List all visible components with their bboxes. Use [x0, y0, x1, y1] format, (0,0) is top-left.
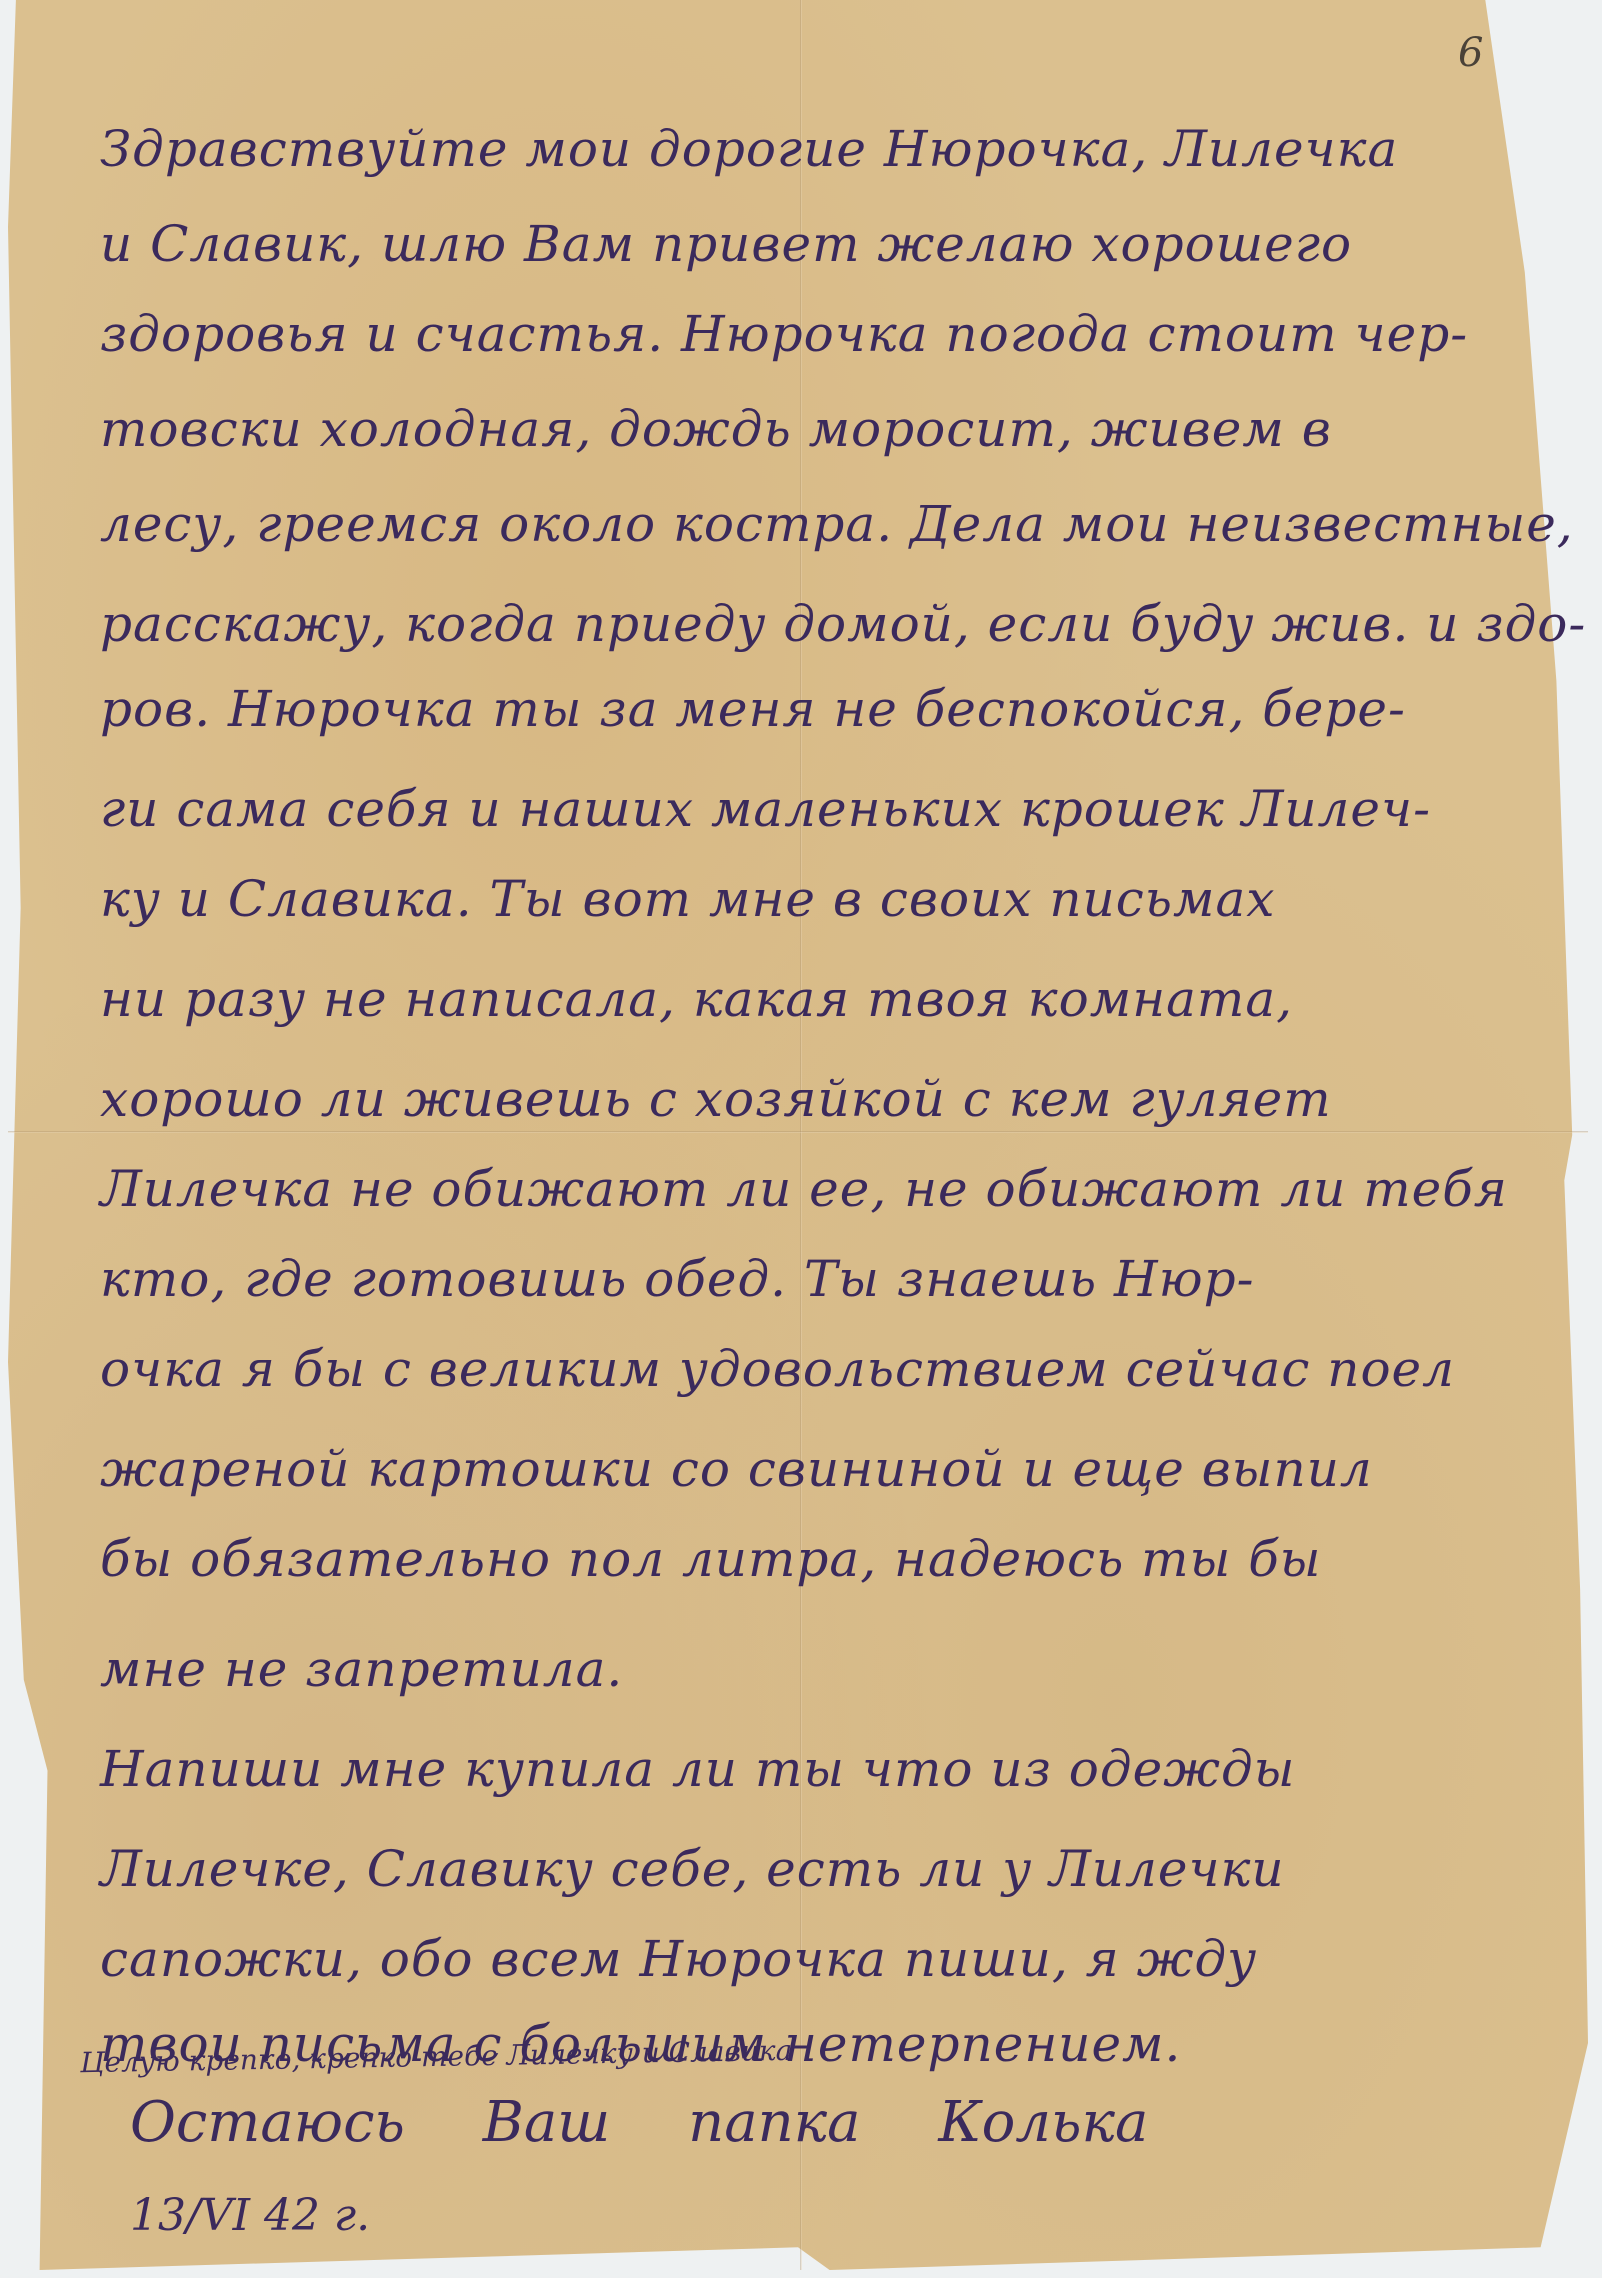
letter-line: здоровья и счастья. Нюрочка погода стоит… [100, 305, 1468, 363]
letter-line: кто, где готовишь обед. Ты знаешь Нюр- [100, 1250, 1255, 1308]
letter-line: жареной картошки со свининой и еще выпил [100, 1440, 1373, 1498]
closing: Остаюсь [130, 2090, 405, 2155]
signature: Колька [938, 2090, 1148, 2155]
letter-line: расскажу, когда приеду домой, если буду … [100, 595, 1586, 653]
signoff-word: папка [688, 2090, 860, 2155]
letter-line: ку и Славика. Ты вот мне в своих письмах [100, 870, 1275, 928]
letter-line: Лилечка не обижают ли ее, не обижают ли … [100, 1160, 1508, 1218]
letter-line: сапожки, обо всем Нюрочка пиши, я жду [100, 1930, 1257, 1988]
letter-line: ги сама себя и наших маленьких крошек Ли… [100, 780, 1431, 838]
horizontal-fold-crease [8, 1131, 1588, 1133]
letter-line: лесу, греемся около костра. Дела мои неи… [100, 495, 1574, 553]
letter-line: Напиши мне купила ли ты что из одежды [100, 1740, 1295, 1798]
letter-line: ни разу не написала, какая твоя комната, [100, 970, 1293, 1028]
letter-line: мне не запретила. [100, 1640, 623, 1698]
signoff: Остаюсь Ваш папка Колька [130, 2090, 1208, 2155]
letter-line: ров. Нюрочка ты за меня не беспокойся, б… [100, 680, 1406, 738]
page-number: 6 [1458, 30, 1483, 76]
letter-date: 13/VI 42 г. [130, 2190, 370, 2241]
letter-line: товски холодная, дождь моросит, живем в [100, 400, 1332, 458]
letter-line: Здравствуйте мои дорогие Нюрочка, Лилечк… [100, 120, 1398, 178]
letter-line: бы обязательно пол литра, надеюсь ты бы [100, 1530, 1321, 1588]
letter-line: Лилечке, Славику себе, есть ли у Лилечки [100, 1840, 1285, 1898]
letter-line: и Славик, шлю Вам привет желаю хорошего [100, 215, 1352, 273]
letter-line: очка я бы с великим удовольствием сейчас… [100, 1340, 1455, 1398]
letter-line: хорошо ли живешь с хозяйкой с кем гуляет [100, 1070, 1332, 1128]
signoff-word: Ваш [483, 2090, 611, 2155]
